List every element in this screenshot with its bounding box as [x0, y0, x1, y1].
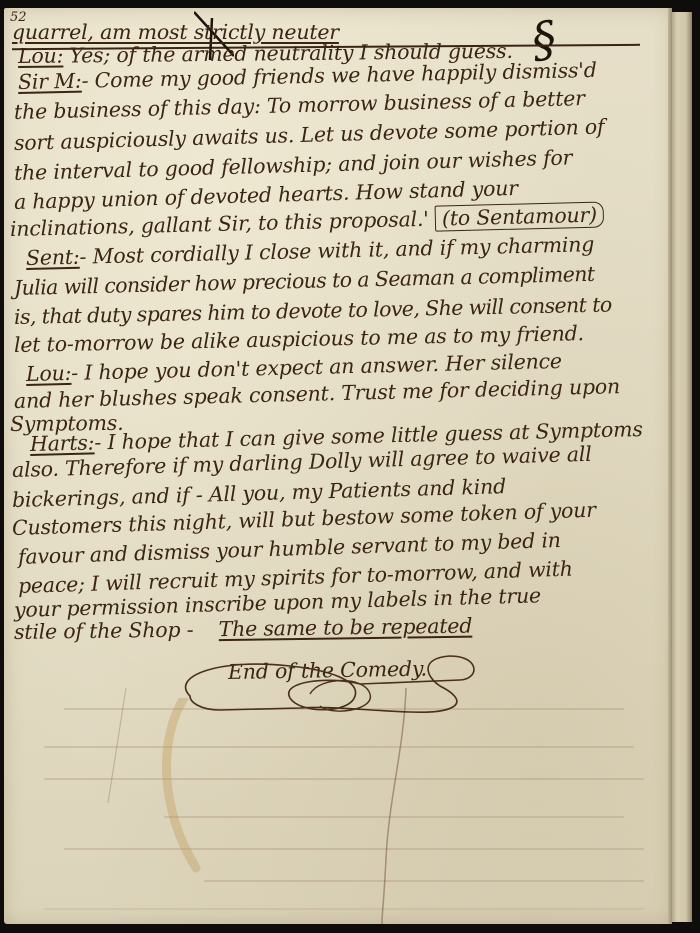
- pencil-stroke: [104, 688, 134, 808]
- speaker-label: Sir M:: [18, 69, 82, 94]
- bleed-through-line: [204, 880, 644, 882]
- bleed-through-line: [44, 908, 644, 910]
- pencil-stroke: [374, 688, 414, 928]
- next-page-edge: [672, 12, 692, 922]
- speaker-label: Sent:: [26, 245, 80, 270]
- line-text: stile of the Shop -: [14, 617, 194, 644]
- bleed-through-line: [44, 778, 644, 780]
- water-stain: [154, 698, 214, 878]
- speaker-label: Lou:: [18, 44, 64, 68]
- stage-direction: (to Sentamour): [435, 201, 605, 231]
- speaker-label: Harts:: [30, 430, 95, 456]
- flourish-ornament: [180, 636, 480, 716]
- bleed-through-line: [64, 848, 644, 850]
- speaker-label: Lou:: [26, 361, 72, 386]
